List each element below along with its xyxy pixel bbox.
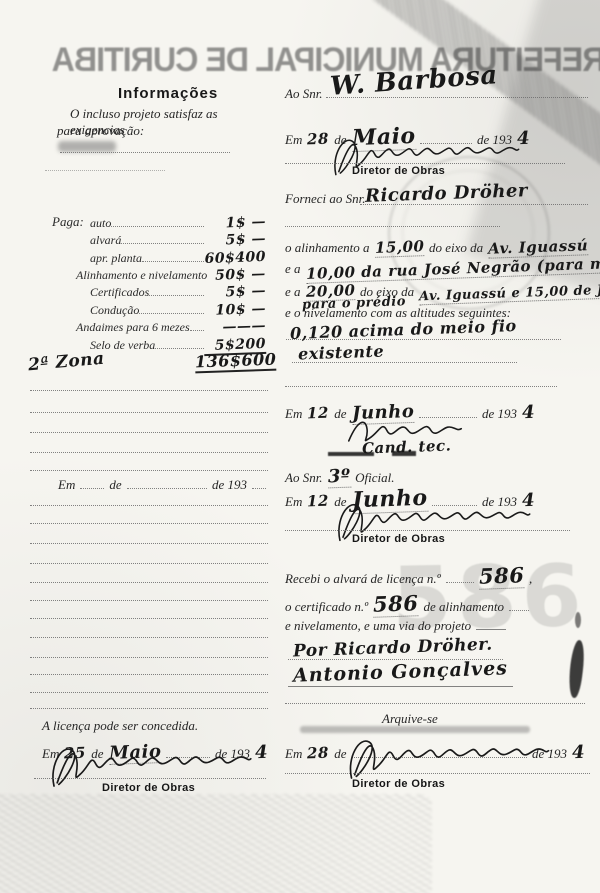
de-label: de	[109, 477, 121, 493]
measure-handwritten: 15,00	[374, 237, 424, 258]
signature-line	[285, 163, 565, 164]
blank-line	[60, 152, 230, 153]
blank-line	[285, 386, 557, 387]
fee-value: 60$400	[204, 249, 267, 267]
fees-prefix: Paga:	[52, 214, 84, 230]
fee-label: Condução	[90, 303, 139, 318]
fees-total-handwritten: 136$600	[195, 350, 277, 374]
blank-line	[360, 204, 588, 205]
blank-line	[30, 563, 268, 564]
intro-line-2: para aprovação:	[57, 123, 257, 139]
alignment-line-1: o alinhamento a 15,00 do eixo da Av. Igu…	[285, 238, 590, 257]
role-label-diretor: Diretor de Obras	[352, 533, 445, 545]
de-year-label: de 193	[212, 477, 247, 493]
dotted-leader	[142, 248, 204, 262]
license-granted-text: A licença pode ser concedida.	[42, 718, 198, 734]
blank-line	[30, 523, 268, 524]
de-year-label: de 193	[482, 406, 517, 422]
fee-value: 10$ —	[204, 301, 267, 319]
fee-row: Alinhamento e nivelamento 50$ —	[52, 265, 266, 282]
addressee-label: Ao Snr.	[285, 86, 323, 102]
blank-line	[285, 703, 585, 704]
dotted-leader	[446, 572, 474, 583]
signature-line	[34, 778, 266, 779]
receipt-line-2: o certificado n.º 586 de alinhamento	[285, 591, 585, 617]
bold-stamp-mark	[328, 452, 374, 456]
em-label: Em	[58, 477, 75, 493]
receipt-line-1: Recebi o alvará de licença n.º 586 ,	[285, 563, 585, 589]
underline	[288, 686, 513, 687]
blank-dateline: Em de de 193	[58, 477, 266, 493]
blank-line	[286, 339, 561, 340]
alignment-line-2: e a 10,00 da rua José Negrão (para muro)	[285, 259, 590, 278]
fee-label: Certificados	[90, 285, 149, 300]
smudged-handwriting	[58, 141, 116, 152]
blank-line	[30, 470, 268, 471]
signature-line	[285, 530, 570, 531]
blank-line	[30, 452, 268, 453]
blank-line	[30, 657, 268, 658]
printed-text: Recebi o alvará de licença n.º	[285, 571, 441, 587]
role-label-diretor: Diretor de Obras	[352, 165, 445, 177]
receipt-line-3: e nivelamento, e uma via do projeto	[285, 618, 585, 634]
dotted-leader	[111, 213, 204, 227]
printed-text: e a	[285, 284, 301, 300]
line-segment	[476, 619, 506, 630]
printed-text: o alinhamento a	[285, 240, 370, 256]
dotted-leader	[139, 300, 204, 314]
dotted-leader	[190, 317, 204, 331]
printed-text: e nivelamento, e uma via do projeto	[285, 618, 471, 634]
fee-label: Alinhamento e nivelamento	[76, 268, 207, 283]
blank-line	[30, 543, 268, 544]
blank-line	[30, 600, 268, 601]
dotted-leader	[80, 478, 104, 489]
year-digit-handwritten: 4	[522, 402, 536, 423]
printed-text: do eixo da	[429, 240, 483, 256]
receiver-name-handwritten: Antonio Gonçalves	[293, 657, 509, 686]
altitude-handwritten-2: existente	[298, 342, 385, 364]
blank-line	[30, 390, 268, 391]
printed-text: e a	[285, 261, 301, 277]
fee-row: auto 1$ —	[52, 213, 266, 230]
blank-line	[30, 637, 268, 638]
section-title-informacoes: Informações	[118, 85, 218, 102]
printed-text: ,	[529, 571, 532, 587]
mirrored-bleed-stamp: PREFEITURA MUNICIPAL DE CURITIBA	[2, 40, 600, 80]
printed-text: Oficial.	[355, 470, 394, 486]
received-by-handwritten: Por Ricardo Dröher.	[293, 635, 493, 662]
bottom-left-smudge	[0, 794, 432, 893]
fee-value: 50$ —	[207, 266, 266, 284]
blank-line	[292, 362, 517, 363]
supply-label: Forneci ao Snr.	[285, 191, 366, 207]
fee-row: apr. planta 60$400	[52, 248, 266, 265]
fee-label: alvará	[90, 233, 121, 248]
blank-line	[30, 505, 268, 506]
dotted-leader	[509, 600, 529, 611]
blank-line	[30, 708, 268, 709]
fee-row: Condução 10$ —	[52, 300, 266, 317]
dotted-leader	[149, 283, 204, 297]
blank-line	[30, 432, 268, 433]
bold-stamp-mark	[392, 451, 416, 456]
printed-text: o certificado n.º	[285, 599, 368, 615]
year-digit-handwritten: 4	[255, 742, 269, 763]
day-handwritten: 12	[307, 404, 329, 423]
blank-line	[285, 226, 500, 227]
ink-blot	[567, 639, 587, 698]
dotted-leader	[127, 478, 207, 489]
dotted-leader	[252, 478, 266, 489]
role-label-diretor: Diretor de Obras	[352, 778, 445, 790]
role-label-diretor: Diretor de Obras	[102, 782, 195, 794]
dotted-leader	[155, 335, 204, 349]
fee-label: Andaimes para 6 mezes	[76, 320, 190, 335]
blank-line	[30, 582, 268, 583]
blank-line	[30, 692, 268, 693]
blank-line	[30, 618, 268, 619]
fee-value: ———	[204, 318, 267, 336]
scanned-document-page: 586 PREFEITURA MUNICIPAL DE CURITIBA Inf…	[0, 0, 600, 893]
fee-label: apr. planta	[90, 251, 142, 266]
street-handwritten: Av. Iguassú e 15,00 de J. Negrão	[419, 281, 600, 306]
official-addressee: Ao Snr. 3º Oficial.	[285, 466, 465, 488]
official-number-handwritten: 3º	[327, 466, 350, 489]
fee-value: 5$ —	[204, 283, 267, 301]
fee-value: 1$ —	[204, 214, 267, 232]
archive-label: Arquive-se	[382, 711, 438, 727]
fee-row: Andaimes para 6 mezes ———	[52, 317, 266, 334]
blank-line	[30, 412, 268, 413]
fee-row: Certificados 5$ —	[52, 283, 266, 300]
blank-line	[45, 170, 165, 171]
printed-text: de alinhamento	[423, 599, 504, 615]
zone-note-handwritten: 2ª Zona	[27, 349, 105, 376]
fee-label: auto	[90, 216, 111, 231]
certificate-number-handwritten: 586	[373, 590, 419, 618]
signature-line	[285, 773, 590, 774]
blank-line	[30, 674, 268, 675]
em-label: Em	[285, 406, 302, 422]
license-number-handwritten: 586	[478, 562, 524, 590]
fee-value: 5$ —	[204, 231, 267, 249]
blank-line	[326, 97, 588, 98]
fee-row: alvará 5$ —	[52, 230, 266, 247]
fees-table: Paga: auto 1$ — alvará 5$ — apr. planta …	[52, 213, 266, 352]
em-label: Em	[285, 746, 302, 762]
dotted-leader	[121, 230, 204, 244]
printed-text: Ao Snr.	[285, 470, 323, 486]
